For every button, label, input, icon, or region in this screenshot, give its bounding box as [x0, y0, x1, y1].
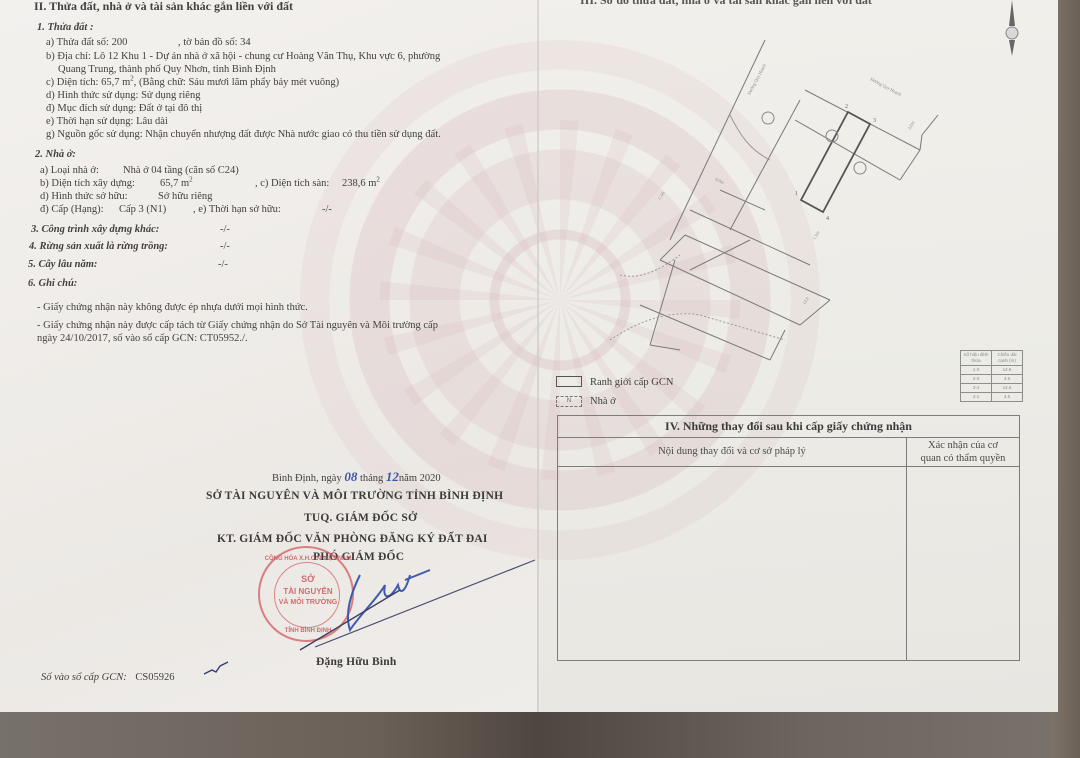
- signature-scribble: [290, 555, 540, 655]
- edge-label: 1.5m: [812, 230, 821, 241]
- date-day: 08: [344, 469, 357, 484]
- table-row: 3-4 14.6: [961, 384, 1023, 393]
- perennial-trees-value: -/-: [218, 259, 228, 271]
- certificate-paper: II. Thửa đất, nhà ở và tài sản khác gắn …: [0, 0, 1058, 712]
- build-area-label: b) Diện tích xây dựng:: [40, 178, 135, 190]
- edge-label: 3.0m: [907, 120, 916, 131]
- legend-house-symbol: N: [556, 396, 582, 407]
- ownership-value: Sở hữu riêng: [158, 191, 212, 203]
- changes-table-title: IV. Những thay đổi sau khi cấp giấy chứn…: [558, 416, 1019, 438]
- edge-table-header: Số hiệu đỉnh thửa: [961, 351, 992, 366]
- confirmation-header-line-1: Xác nhận của cơ: [907, 439, 1019, 452]
- edge-label: C.08: [657, 190, 666, 201]
- road-label-2: Đường Quy Hoạch: [870, 76, 903, 97]
- parcel-marker-icon: [762, 112, 774, 124]
- changes-table: IV. Những thay đổi sau khi cấp giấy chứn…: [557, 415, 1020, 661]
- build-area-value: 65,7 m2: [160, 178, 193, 190]
- address-line-1: b) Địa chỉ: Lô 12 Khu 1 - Dự án nhà ở xã…: [46, 51, 440, 63]
- notes-heading: 6. Ghi chú:: [28, 278, 77, 290]
- ownership-term-label: , e) Thời hạn sở hữu:: [193, 204, 281, 216]
- table-row: 2-3 4.5: [961, 375, 1023, 384]
- vertex-3-label: 3: [873, 118, 876, 124]
- map-sheet-number: 34: [240, 37, 251, 48]
- vertex-4-label: 4: [826, 216, 829, 222]
- edge-length: 4.5: [992, 375, 1023, 384]
- section-ii-title: II. Thửa đất, nhà ở và tài sản khác gắn …: [34, 0, 293, 12]
- floor-area-number: 238,6 m: [342, 178, 376, 189]
- registry-label: Số vào sổ cấp GCN:: [41, 672, 127, 683]
- note-2-line-2: ngày 24/10/2017, số vào sổ cấp GCN: CT05…: [37, 333, 248, 345]
- signer-name: Đặng Hữu Bình: [316, 656, 396, 668]
- use-term: e) Thời hạn sử dụng: Lâu dài: [46, 116, 168, 128]
- parcel-number: 200: [112, 37, 128, 48]
- date-year: năm 2020: [399, 473, 441, 484]
- use-form: d) Hình thức sử dụng: Sử dụng riêng: [46, 90, 200, 102]
- floor-area-label: , c) Diện tích sàn:: [255, 178, 329, 190]
- issue-date: Bình Định, ngày 08 tháng 12năm 2020: [272, 471, 441, 485]
- legend-house-label: Nhà ở: [590, 396, 616, 408]
- edge-length: 14.6: [992, 384, 1023, 393]
- authority-line: TUQ. GIÁM ĐỐC SỞ: [304, 512, 417, 524]
- edge-length-table: Số hiệu đỉnh thửa Chiều dài cạnh (m) 1-2…: [960, 350, 1023, 402]
- edge-id: 2-3: [961, 375, 992, 384]
- house-type-label: a) Loại nhà ở:: [40, 165, 99, 177]
- other-construction-label: 3. Công trình xây dựng khác:: [31, 224, 159, 236]
- note-1: - Giấy chứng nhận này không được ép nhựa…: [37, 302, 308, 314]
- edge-length: 4.5: [992, 393, 1023, 402]
- edge-id: 3-4: [961, 384, 992, 393]
- vertex-1-label: 1: [795, 191, 798, 197]
- address-line-2: Quang Trung, thành phố Quy Nhơn, tỉnh Bì…: [58, 64, 276, 76]
- office-line: KT. GIÁM ĐỐC VĂN PHÒNG ĐĂNG KÝ ĐẤT ĐAI: [217, 533, 488, 545]
- grade-label: đ) Cấp (Hạng):: [40, 204, 104, 216]
- planted-forest-label: 4. Rừng sản xuất là rừng trồng:: [29, 241, 168, 253]
- table-row: 1-2 14.6: [961, 366, 1023, 375]
- land-area: c) Diện tích: 65,7 m2, (Bằng chữ: Sáu mư…: [46, 77, 339, 89]
- area-in-words: , (Bằng chữ: Sáu mươi lăm phẩy bảy mét v…: [134, 77, 339, 88]
- note-2-line-1: - Giấy chứng nhận này được cấp tách từ G…: [37, 320, 438, 332]
- edge-id: 4-1: [961, 393, 992, 402]
- changes-confirmation-header: Xác nhận của cơ quan có thẩm quyền: [907, 437, 1019, 467]
- parcel-marker-icon: [854, 162, 866, 174]
- house-type-value: Nhà ở 04 tầng (căn số C24): [123, 165, 239, 177]
- registry-value: CS05926: [135, 672, 174, 683]
- column-divider: [906, 467, 907, 661]
- edge-length: 14.6: [992, 366, 1023, 375]
- edge-id: 1-2: [961, 366, 992, 375]
- planted-forest-value: -/-: [220, 241, 230, 253]
- build-area-number: 65,7 m: [160, 178, 189, 189]
- grade-value: Cấp 3 (N1): [119, 204, 166, 216]
- date-prefix: Bình Định, ngày: [272, 473, 342, 484]
- registry-number: Số vào sổ cấp GCN: CS05926: [41, 672, 174, 684]
- legend-boundary-label: Ranh giới cấp GCN: [590, 377, 673, 389]
- ownership-label: d) Hình thức sở hữu:: [40, 191, 128, 203]
- land-heading: 1. Thửa đất :: [37, 22, 93, 34]
- issuing-agency: SỞ TÀI NGUYÊN VÀ MÔI TRƯỜNG TỈNH BÌNH ĐỊ…: [206, 490, 503, 502]
- section-iii-title: III. Sơ đồ thửa đất, nhà ở và tài sản kh…: [580, 0, 872, 6]
- parcel-number-field: a) Thửa đất số: 200: [46, 37, 127, 49]
- legend-boundary-symbol: [556, 376, 582, 387]
- other-construction-value: -/-: [220, 224, 230, 236]
- area-value: c) Diện tích: 65,7 m: [46, 77, 130, 88]
- use-origin: g) Nguồn gốc sử dụng: Nhận chuyển nhượng…: [46, 129, 441, 141]
- confirmation-header-line-2: quan có thẩm quyền: [907, 452, 1019, 465]
- edge-table-header: Chiều dài cạnh (m): [992, 351, 1023, 366]
- vertex-2-label: 2: [845, 104, 848, 110]
- ownership-term-value: -/-: [322, 204, 332, 216]
- house-heading: 2. Nhà ở:: [35, 149, 76, 161]
- map-sheet-label: , tờ bản đồ số:: [178, 37, 238, 48]
- perennial-trees-label: 5. Cây lâu năm:: [28, 259, 97, 271]
- road-label: Đường Quy Hoạch: [746, 62, 767, 95]
- date-month: 12: [386, 469, 399, 484]
- map-sheet-field: , tờ bản đồ số: 34: [178, 37, 251, 49]
- month-label: tháng: [360, 473, 383, 484]
- parcel-label: a) Thửa đất số:: [46, 37, 109, 48]
- use-purpose: đ) Mục đích sử dụng: Đất ở tại đô thị: [46, 103, 202, 115]
- parcel-map: 1 2 3 4 Đường Quy Hoạch Đường Quy Hoạch …: [600, 40, 960, 370]
- changes-content-header: Nội dung thay đổi và cơ sở pháp lý: [558, 437, 907, 467]
- north-arrow-icon: [1002, 0, 1022, 56]
- edge-label: 6.0m: [715, 176, 726, 185]
- table-row: 4-1 4.5: [961, 393, 1023, 402]
- initials-mark: [202, 660, 232, 678]
- edge-label: 12.0: [802, 296, 811, 306]
- floor-area-value: 238,6 m2: [342, 178, 380, 190]
